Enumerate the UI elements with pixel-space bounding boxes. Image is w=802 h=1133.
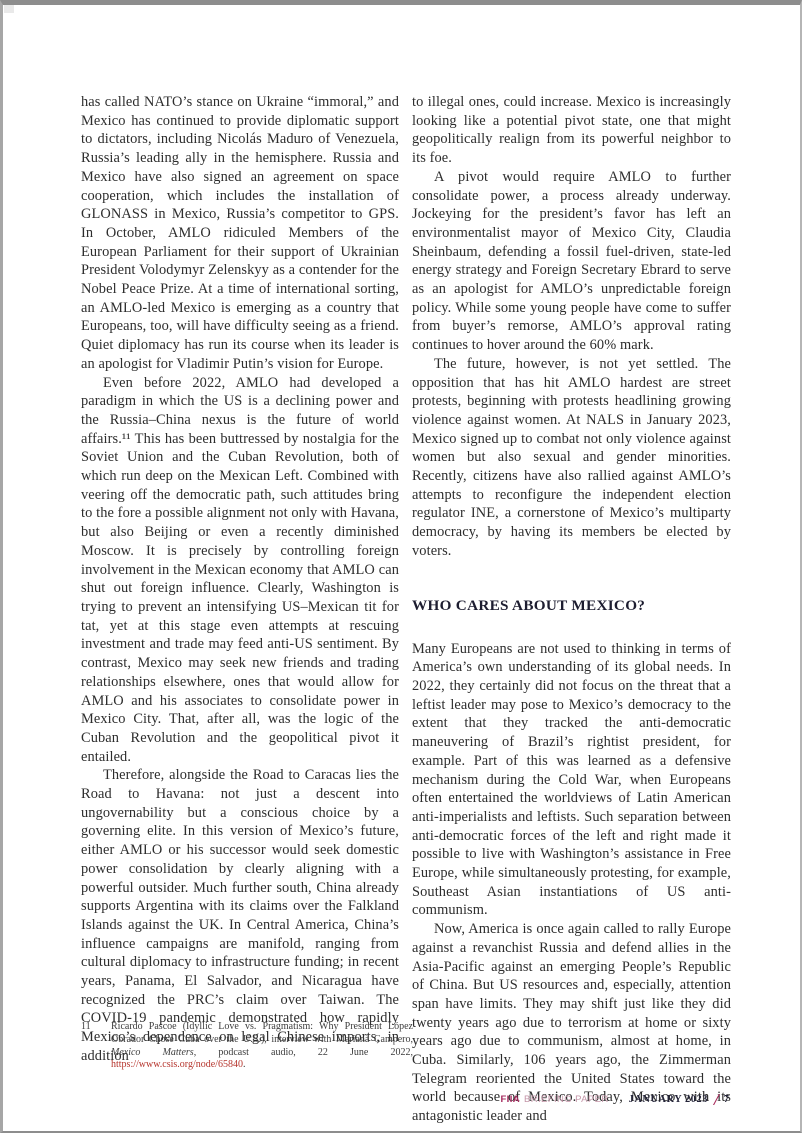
footnote: 11 Ricardo Pascoe (Idyllic Love vs. Prag…	[81, 1021, 413, 1072]
footnote-text-part: .	[243, 1059, 246, 1070]
paragraph: to illegal ones, could increase. Mexico …	[412, 93, 731, 168]
footnote-text-part: , podcast audio, 22 June 2022,	[194, 1047, 413, 1058]
brand-fiia: FIIA	[500, 1094, 520, 1105]
paragraph: Even before 2022, AMLO had developed a p…	[81, 374, 399, 767]
footnote-text: Ricardo Pascoe (Idyllic Love vs. Pragmat…	[111, 1021, 413, 1072]
paragraph: The future, however, is not yet settled.…	[412, 355, 731, 561]
footer-issue-date: JANUARY 2023	[629, 1094, 708, 1105]
right-column: to illegal ones, could increase. Mexico …	[412, 93, 731, 1126]
paragraph: has called NATO’s stance on Ukraine “imm…	[81, 93, 399, 374]
footnote-number: 11	[81, 1021, 111, 1072]
page-number: 7	[724, 1094, 729, 1105]
brand-briefing-paper: BRIEFING PAPER	[524, 1094, 609, 1105]
page-corner-artifact	[4, 5, 14, 13]
paragraph: Many Europeans are not used to thinking …	[412, 640, 731, 921]
footnote-link[interactable]: https://www.csis.org/node/65840	[111, 1059, 243, 1070]
page: has called NATO’s stance on Ukraine “imm…	[0, 0, 802, 1133]
footnote-italic-title: Mexico Matters	[111, 1047, 194, 1058]
page-footer: FIIABRIEFING PAPER JANUARY 2023 / 7	[500, 1091, 729, 1108]
section-heading: WHO CARES ABOUT MEXICO?	[412, 597, 731, 615]
footer-slash: /	[714, 1091, 719, 1108]
footnote-text-part: Ricardo Pascoe (Idyllic Love vs. Pragmat…	[111, 1021, 413, 1045]
publication-brand: FIIABRIEFING PAPER	[500, 1094, 608, 1105]
paragraph: A pivot would require AMLO to further co…	[412, 168, 731, 355]
left-column: has called NATO’s stance on Ukraine “imm…	[81, 93, 399, 1066]
